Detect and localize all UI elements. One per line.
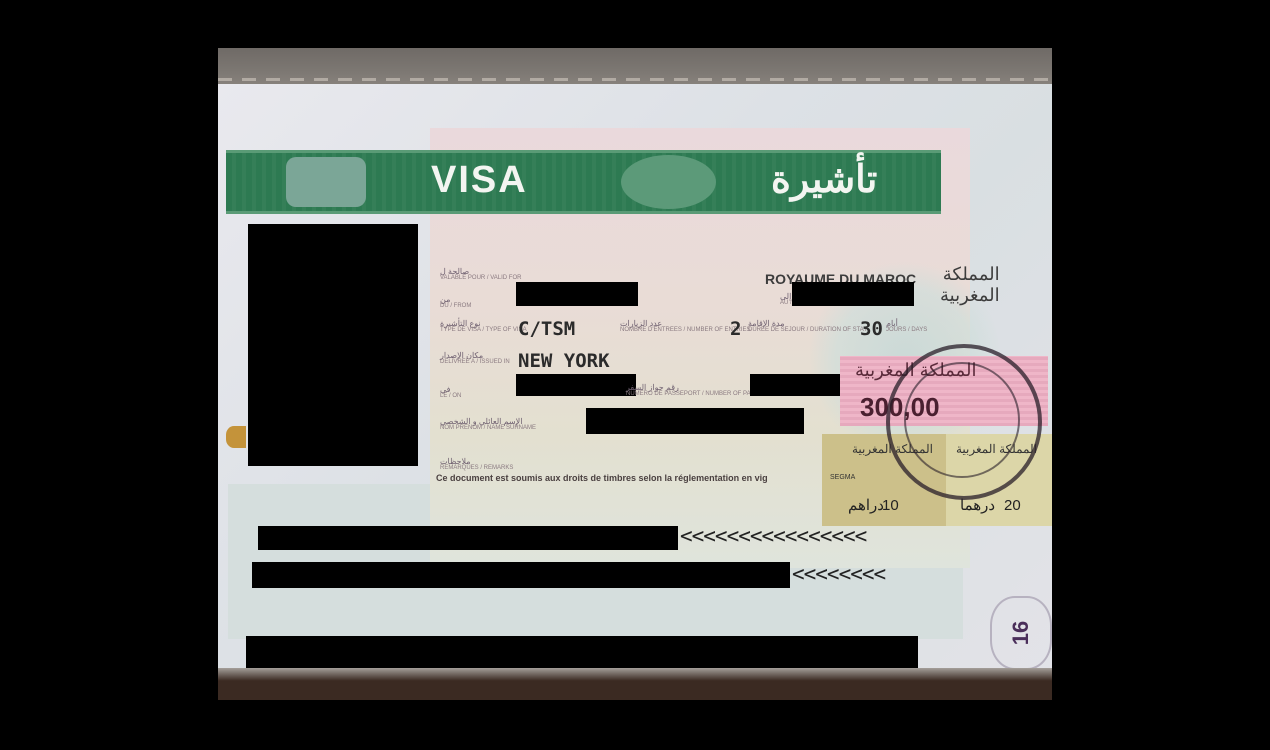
name-label: الإسم العائلي و الشخصيNOM PRENOM / NAME … — [440, 418, 536, 432]
redacted-until-date — [792, 282, 914, 306]
mrz-line-2-filler: <<<<<<<< — [792, 562, 885, 586]
visa-type-label: نوع التأشيرةTYPE DE VISA / TYPE OF VISA — [440, 320, 527, 334]
passport-cover-bottom — [218, 668, 1052, 700]
duration-unit: أيامJOURS / DAYS — [886, 320, 927, 334]
passport-cover — [218, 48, 1052, 88]
redacted-issue-date — [516, 374, 636, 396]
redacted-from-date — [516, 282, 638, 306]
hologram-left — [286, 157, 366, 207]
cover-stitching — [218, 78, 1052, 81]
segma-mark: SEGMA — [830, 474, 836, 482]
redacted-name — [586, 408, 804, 434]
redacted-mrz-line-2 — [252, 562, 790, 588]
passport-photo: ROYAUME DU MAROC المملكة المغربية AE صال… — [218, 48, 1052, 700]
passport-page: ROYAUME DU MAROC المملكة المغربية AE صال… — [218, 84, 1052, 688]
from-label: منDU / FROM — [440, 296, 471, 310]
hologram-center — [621, 155, 716, 209]
valid-for-label: صالحة لVALABLE POUR / VALID FOR — [440, 268, 521, 282]
mrz-line-1-filler: <<<<<<<<<<<<<<<< — [680, 524, 866, 548]
visa-type-value: C/TSM — [518, 318, 575, 340]
issued-label: مكان الإصدارDELIVREE A / ISSUED IN — [440, 352, 510, 366]
consulate-seal — [886, 344, 1042, 500]
remarks-label: ملاحظاتREMARQUES / REMARKS — [440, 458, 513, 472]
country-name-arabic: المملكة المغربية — [940, 264, 1000, 306]
thumb-edge — [226, 426, 246, 448]
redacted-photo — [248, 224, 418, 466]
visa-header-band: VISA تأشيرة — [226, 150, 941, 214]
stamp-duty-notice: Ce document est soumis aux droits de tim… — [436, 473, 768, 483]
page-number-badge: 16 — [990, 596, 1052, 670]
visa-title: VISA — [431, 159, 528, 202]
visa-title-arabic: تأشيرة — [771, 157, 877, 202]
entries-value: 2 — [730, 318, 741, 340]
duration-value: 30 — [860, 318, 883, 340]
duration-label: مدة الإقامةDUREE DE SEJOUR / DURATION OF… — [748, 320, 867, 334]
issued-value: NEW YORK — [518, 350, 610, 372]
on-label: فيLE / ON — [440, 386, 461, 400]
redacted-mrz-line-1 — [258, 526, 678, 550]
